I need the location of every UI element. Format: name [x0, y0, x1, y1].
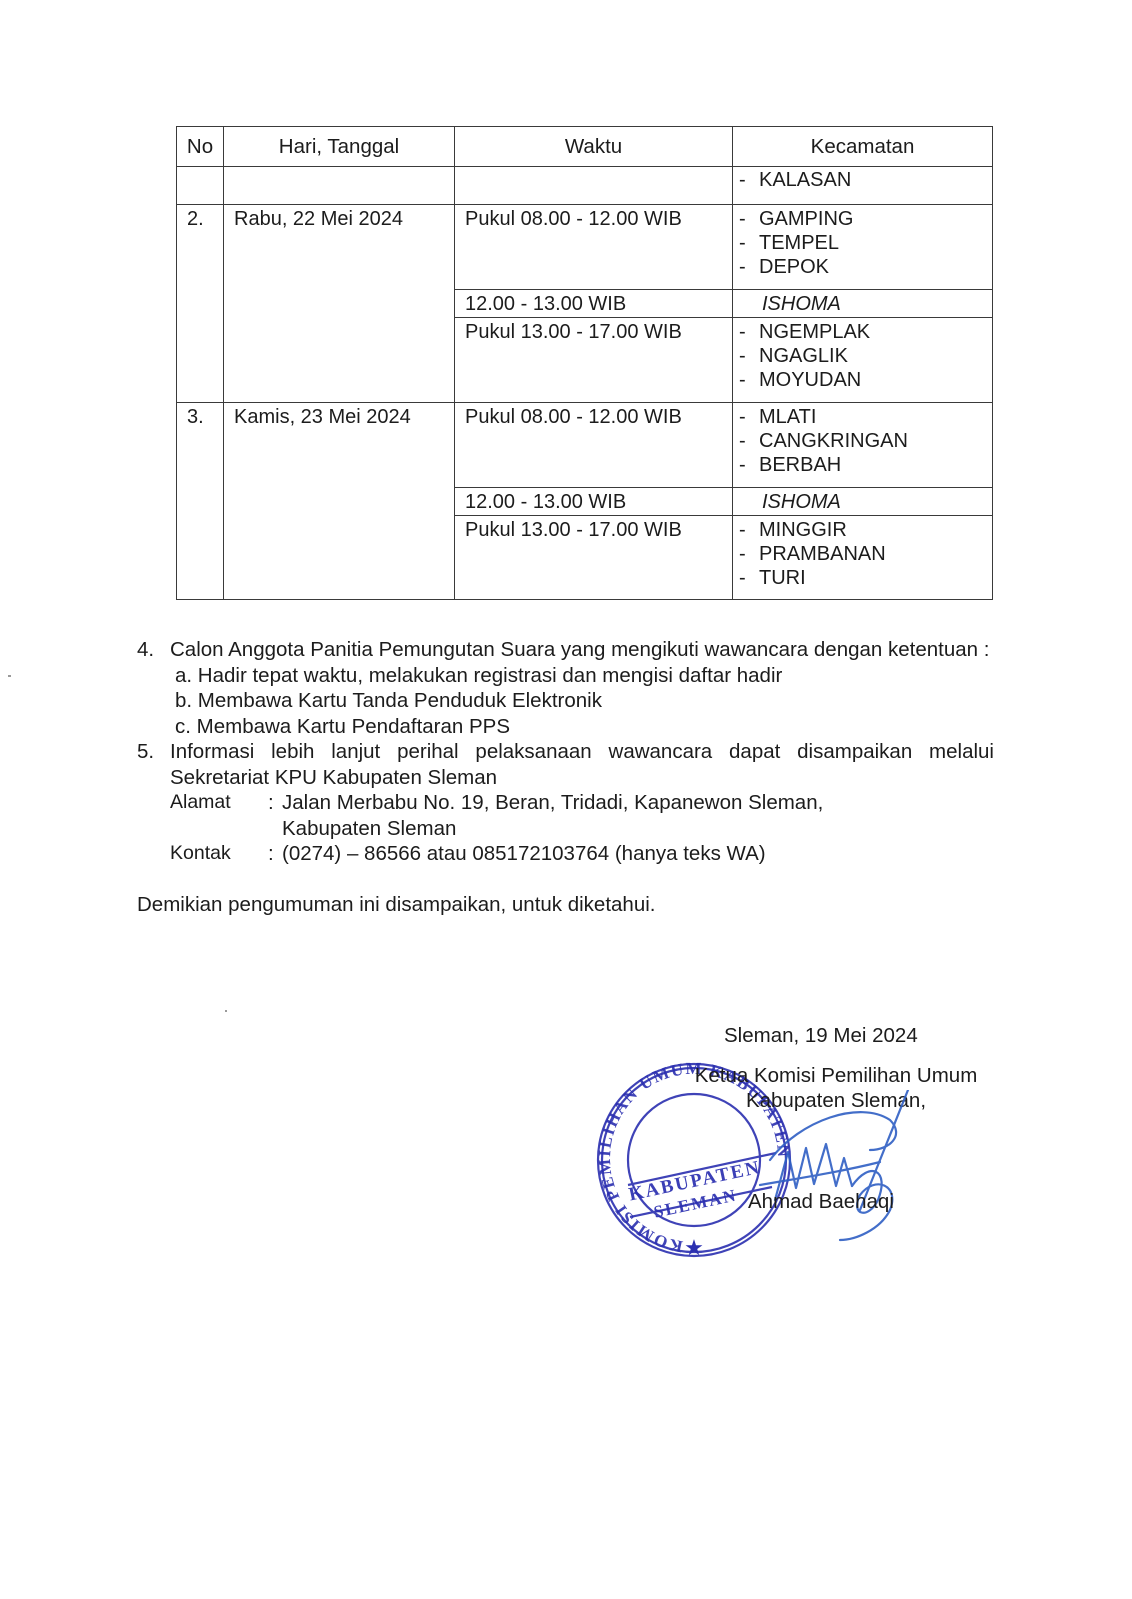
list-item: -MLATI [739, 405, 992, 429]
item-text: Calon Anggota Panitia Pemungutan Suara y… [170, 637, 994, 663]
cell-kecamatan: -GAMPING -TEMPEL -DEPOK [733, 205, 993, 290]
item-number: 4. [137, 637, 170, 663]
cell-kecamatan: -MLATI -CANGKRINGAN -BERBAH [733, 403, 993, 488]
cell-kecamatan: -MINGGIR -PRAMBANAN -TURI [733, 516, 993, 600]
cell-date: Rabu, 22 Mei 2024 [224, 205, 455, 403]
header-no: No [177, 127, 224, 167]
cell-date: Kamis, 23 Mei 2024 [224, 403, 455, 600]
list-item: -PRAMBANAN [739, 542, 992, 566]
list-item: -TEMPEL [739, 231, 992, 255]
table-row: 3. Kamis, 23 Mei 2024 Pukul 08.00 - 12.0… [177, 403, 993, 488]
table-row: 2. Rabu, 22 Mei 2024 Pukul 08.00 - 12.00… [177, 205, 993, 290]
schedule-table: No Hari, Tanggal Waktu Kecamatan -KALASA… [176, 126, 993, 600]
address-line2: Kabupaten Sleman [282, 816, 994, 842]
closing-statement: Demikian pengumuman ini disampaikan, unt… [137, 892, 994, 918]
cell-time: Pukul 13.00 - 17.00 WIB [455, 318, 733, 403]
item-number: 5. [137, 739, 170, 790]
cell-kecamatan: -NGEMPLAK -NGAGLIK -MOYUDAN [733, 318, 993, 403]
signature-place-date: Sleman, 19 Mei 2024 [724, 1024, 918, 1048]
table-header-row: No Hari, Tanggal Waktu Kecamatan [177, 127, 993, 167]
cell-note: ISHOMA [733, 290, 993, 318]
list-item: -NGEMPLAK [739, 320, 992, 344]
scan-speck [225, 1010, 227, 1012]
cell-time: Pukul 13.00 - 17.00 WIB [455, 516, 733, 600]
announcement-body: 4. Calon Anggota Panitia Pemungutan Suar… [137, 637, 994, 917]
requirement-a: a. Hadir tepat waktu, melakukan registra… [137, 663, 994, 689]
item-text: Informasi lebih lanjut perihal pelaksana… [170, 739, 994, 790]
signatory-name: Ahmad Baehaqi [748, 1190, 894, 1214]
requirement-b: b. Membawa Kartu Tanda Penduduk Elektron… [137, 688, 994, 714]
list-item: -BERBAH [739, 453, 992, 477]
header-time: Waktu [455, 127, 733, 167]
cell-no: 2. [177, 205, 224, 403]
cell-no: 3. [177, 403, 224, 600]
header-kecamatan: Kecamatan [733, 127, 993, 167]
cell-time: Pukul 08.00 - 12.00 WIB [455, 205, 733, 290]
address-line1: Jalan Merbabu No. 19, Beran, Tridadi, Ka… [282, 790, 994, 816]
scan-speck [8, 675, 11, 677]
cell-time: 12.00 - 13.00 WIB [455, 290, 733, 318]
list-item: -TURI [739, 566, 992, 590]
list-item: -KALASAN [739, 168, 992, 192]
list-item: -MOYUDAN [739, 368, 992, 392]
list-item: -NGAGLIK [739, 344, 992, 368]
cell-date [224, 167, 455, 205]
address-label: Alamat [170, 790, 268, 816]
cell-time: Pukul 08.00 - 12.00 WIB [455, 403, 733, 488]
address-block: Alamat : Jalan Merbabu No. 19, Beran, Tr… [137, 790, 994, 867]
list-item: -CANGKRINGAN [739, 429, 992, 453]
list-item: -DEPOK [739, 255, 992, 279]
cell-time [455, 167, 733, 205]
contact-value: (0274) – 86566 atau 085172103764 (hanya … [282, 841, 994, 867]
list-item: -MINGGIR [739, 518, 992, 542]
item-5: 5. Informasi lebih lanjut perihal pelaks… [137, 739, 994, 790]
contact-label: Kontak [170, 841, 268, 867]
item-4: 4. Calon Anggota Panitia Pemungutan Suar… [137, 637, 994, 663]
handwritten-signature-icon [740, 1090, 920, 1250]
address-sep: : [268, 790, 282, 816]
cell-time: 12.00 - 13.00 WIB [455, 488, 733, 516]
list-item: -GAMPING [739, 207, 992, 231]
table-row: -KALASAN [177, 167, 993, 205]
contact-sep: : [268, 841, 282, 867]
cell-note: ISHOMA [733, 488, 993, 516]
cell-no [177, 167, 224, 205]
svg-text:★: ★ [684, 1235, 704, 1260]
requirement-c: c. Membawa Kartu Pendaftaran PPS [137, 714, 994, 740]
header-date: Hari, Tanggal [224, 127, 455, 167]
cell-kecamatan: -KALASAN [733, 167, 993, 205]
